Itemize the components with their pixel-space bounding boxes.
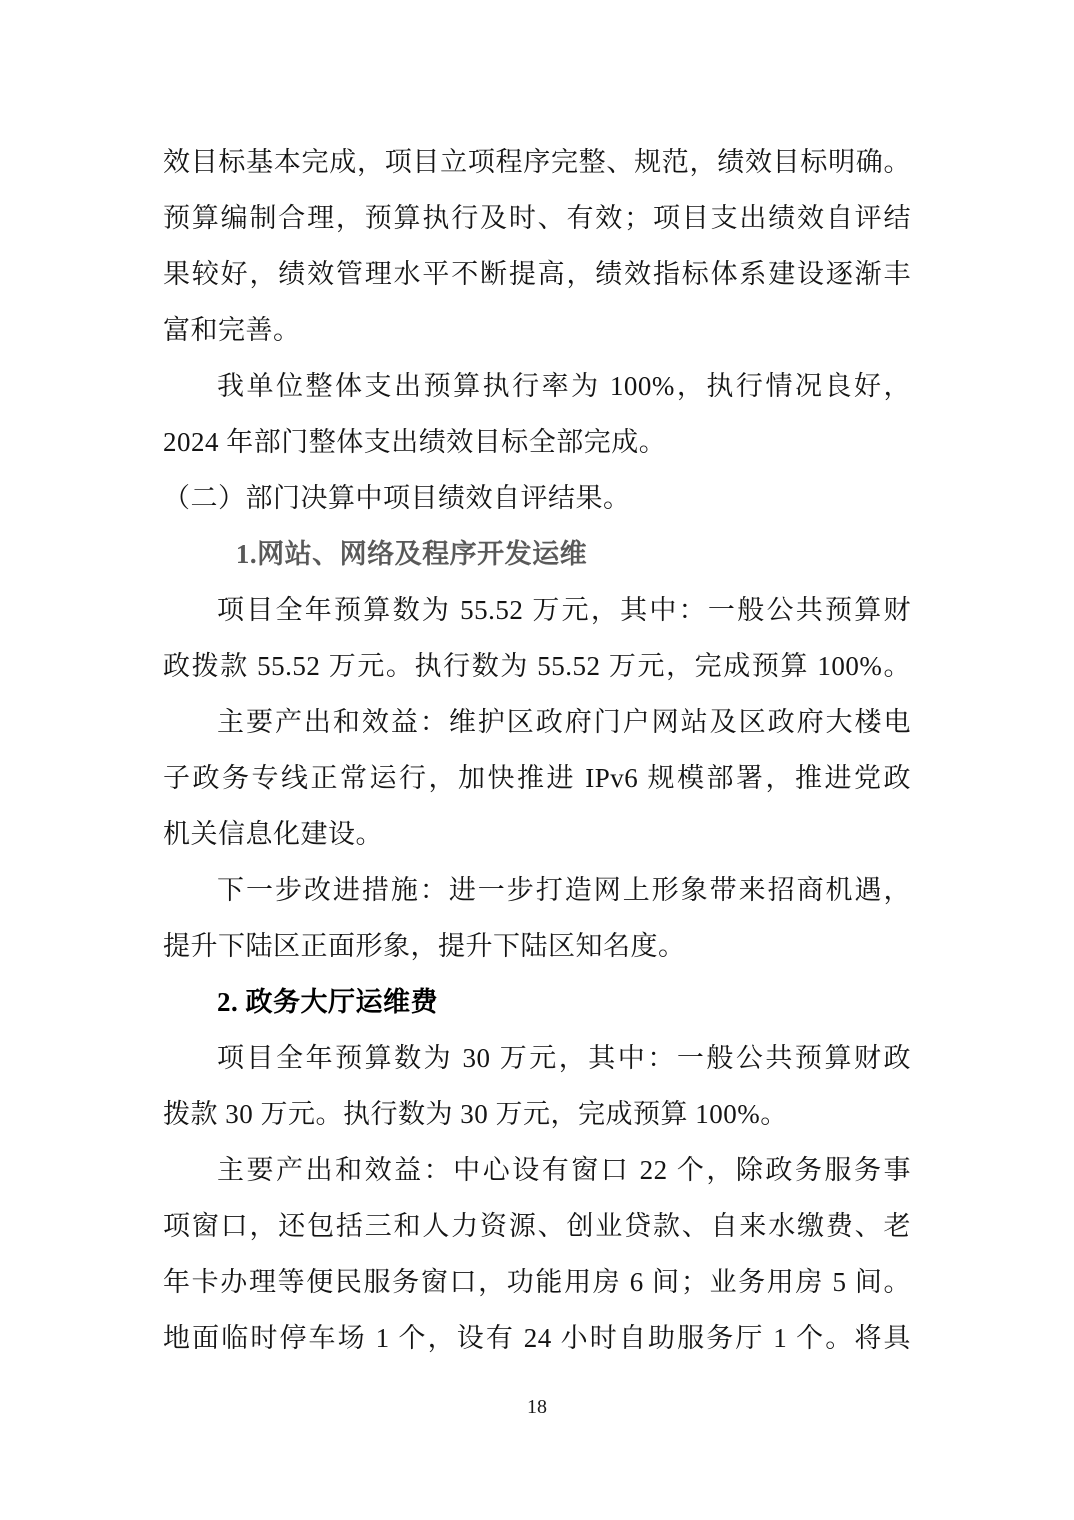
text-line: 项目全年预算数为 55.52 万元，其中：一般公共预算财 [163,582,911,638]
text-line: 预算编制合理，预算执行及时、有效；项目支出绩效自评结 [163,190,911,246]
text-line: 提升下陆区正面形象，提升下陆区知名度。 [163,918,911,974]
paragraph-project-2-output: 主要产出和效益：中心设有窗口 22 个，除政务服务事项窗口，还包括三和人力资源、… [163,1142,911,1366]
text-line: 子政务专线正常运行，加快推进 IPv6 规模部署，推进党政 [163,750,911,806]
paragraph-section-2-title: （二）部门决算中项目绩效自评结果。 [163,470,911,526]
text-line: 效目标基本完成，项目立项程序完整、规范，绩效目标明确。 [163,134,911,190]
paragraph-overall-execution-rate: 我单位整体支出预算执行率为 100%，执行情况良好，2024 年部门整体支出绩效… [163,358,911,470]
text-line: 拨款 30 万元。执行数为 30 万元，完成预算 100%。 [163,1086,911,1142]
paragraph-project-1-output: 主要产出和效益：维护区政府门户网站及区政府大楼电子政务专线正常运行，加快推进 I… [163,694,911,862]
text-line: 1.网站、网络及程序开发运维 [163,526,911,582]
text-line: 果较好，绩效管理水平不断提高，绩效指标体系建设逐渐丰 [163,246,911,302]
text-line: 地面临时停车场 1 个，设有 24 小时自助服务厅 1 个。将具 [163,1310,911,1366]
text-line: 主要产出和效益：维护区政府门户网站及区政府大楼电 [163,694,911,750]
text-line: 我单位整体支出预算执行率为 100%，执行情况良好， [163,358,911,414]
paragraph-project-1-budget: 项目全年预算数为 55.52 万元，其中：一般公共预算财政拨款 55.52 万元… [163,582,911,694]
document-body: 效目标基本完成，项目立项程序完整、规范，绩效目标明确。预算编制合理，预算执行及时… [163,134,911,1366]
text-line: 政拨款 55.52 万元。执行数为 55.52 万元，完成预算 100%。 [163,638,911,694]
page-footer: 18 [0,1396,1074,1419]
paragraph-overall-result-continuation: 效目标基本完成，项目立项程序完整、规范，绩效目标明确。预算编制合理，预算执行及时… [163,134,911,358]
text-line: 项目全年预算数为 30 万元，其中：一般公共预算财政 [163,1030,911,1086]
text-line: 2. 政务大厅运维费 [163,974,911,1030]
page-number: 18 [527,1396,547,1418]
text-line: 主要产出和效益：中心设有窗口 22 个，除政务服务事 [163,1142,911,1198]
text-line: 年卡办理等便民服务窗口，功能用房 6 间；业务用房 5 间。 [163,1254,911,1310]
text-line: 机关信息化建设。 [163,806,911,862]
paragraph-project-2-heading: 2. 政务大厅运维费 [163,974,911,1030]
paragraph-project-1-heading: 1.网站、网络及程序开发运维 [163,526,911,582]
document-page: 效目标基本完成，项目立项程序完整、规范，绩效目标明确。预算编制合理，预算执行及时… [0,0,1074,1520]
paragraph-project-2-budget: 项目全年预算数为 30 万元，其中：一般公共预算财政拨款 30 万元。执行数为 … [163,1030,911,1142]
paragraph-project-1-improvement: 下一步改进措施：进一步打造网上形象带来招商机遇，提升下陆区正面形象，提升下陆区知… [163,862,911,974]
text-line: 下一步改进措施：进一步打造网上形象带来招商机遇， [163,862,911,918]
text-line: 2024 年部门整体支出绩效目标全部完成。 [163,414,911,470]
text-line: 项窗口，还包括三和人力资源、创业贷款、自来水缴费、老 [163,1198,911,1254]
text-line: 富和完善。 [163,302,911,358]
text-line: （二）部门决算中项目绩效自评结果。 [163,470,911,526]
